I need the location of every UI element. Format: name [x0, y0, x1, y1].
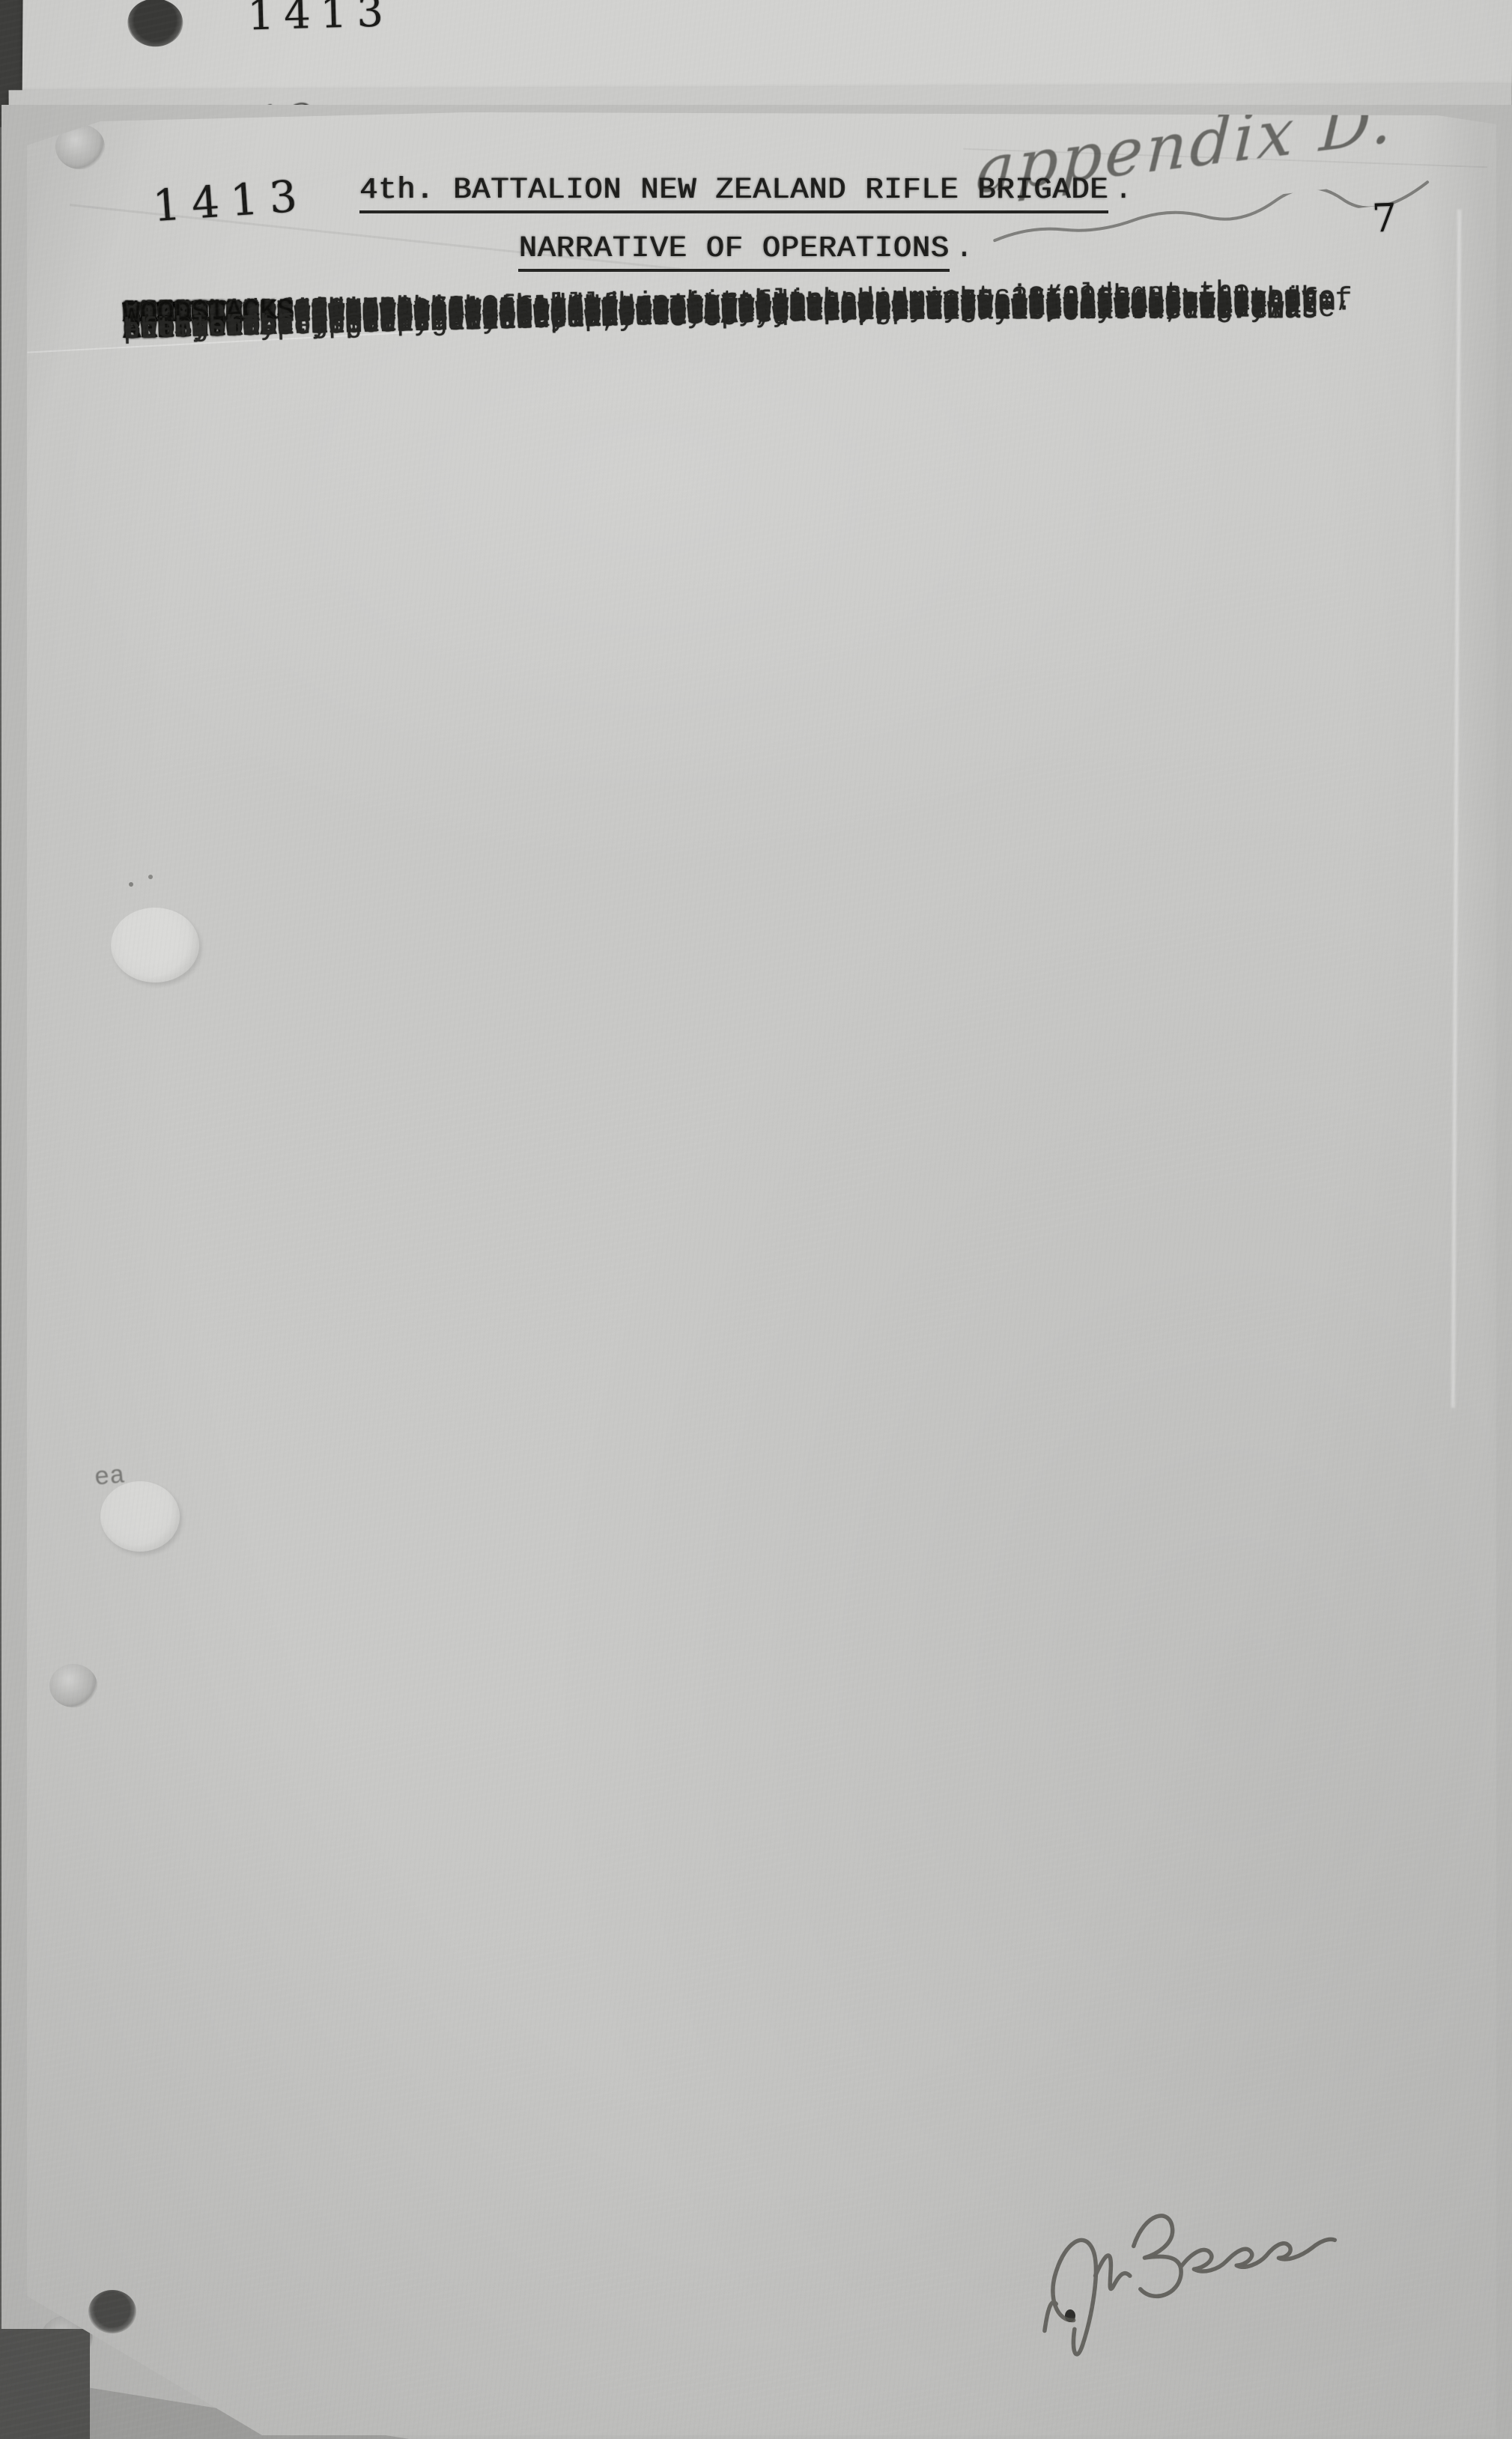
background-corner	[0, 2329, 90, 2439]
punch-hole-icon	[127, 0, 183, 47]
paper-blemish	[111, 908, 199, 982]
subtitle-period: .	[950, 232, 974, 266]
pencil-dots	[129, 882, 133, 887]
title-text: 4th. BATTALION NEW ZEALAND RIFLE BRIGADE	[359, 174, 1108, 213]
subtitle-text: NARRATIVE OF OPERATIONS	[518, 232, 949, 272]
punch-hole-icon	[88, 2290, 136, 2333]
document-page: 1413 appendix D. 7 4th. BATTALION NEW ZE…	[27, 112, 1496, 2435]
punch-hole-icon	[49, 1664, 97, 1707]
scanned-document: 1413 1413 1413 appendix D. 7 4th. BATTAL…	[0, 0, 1512, 2439]
document-subtitle: NARRATIVE OF OPERATIONS.	[72, 232, 1420, 266]
document-title: 4th. BATTALION NEW ZEALAND RIFLE BRIGADE…	[72, 174, 1420, 207]
paper-fold	[1451, 210, 1461, 1408]
archive-stamp-top: 1413	[247, 0, 394, 40]
paper-blemish	[100, 1481, 180, 1552]
document-body: On the night of 27/28th. March, 1918 , B…	[123, 300, 1478, 316]
title-period: .	[1108, 174, 1132, 207]
signature-scrawl	[1015, 2175, 1390, 2372]
